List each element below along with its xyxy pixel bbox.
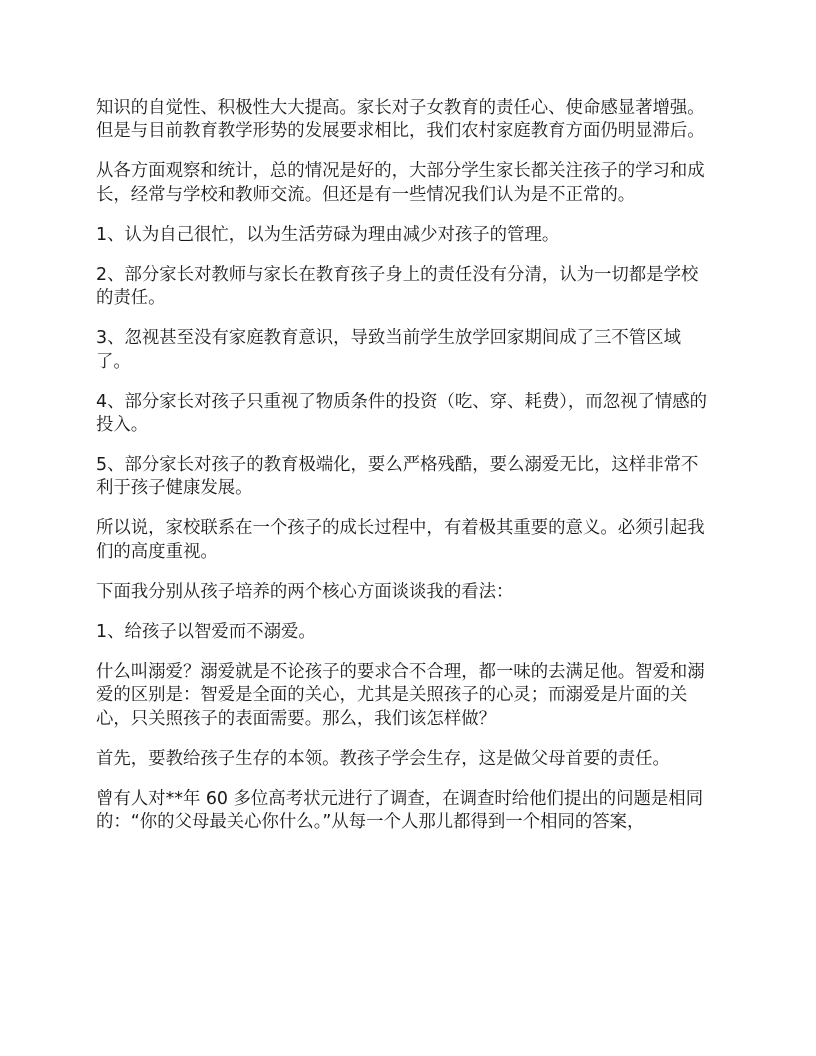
paragraph-survey: 曾有人对**年 60 多位高考状元进行了调查，在调查时给他们提出的问题是相同的：… <box>96 788 708 835</box>
paragraph-first-point: 首先，要教给孩子生存的本领。教孩子学会生存，这是做父母首要的责任。 <box>96 748 708 771</box>
list-item-issue-3: 3、忽视甚至没有家庭教育意识，导致当前学生放学回家期间成了三不管区域了。 <box>96 327 708 374</box>
list-item-issue-4: 4、部分家长对孩子只重视了物质条件的投资（吃、穿、耗费），而忽视了情感的投入。 <box>96 391 708 438</box>
paragraph-conclusion: 所以说，家校联系在一个孩子的成长过程中，有着极其重要的意义。必须引起我们的高度重… <box>96 517 708 564</box>
list-item-issue-5: 5、部分家长对孩子的教育极端化，要么严格残酷，要么溺爱无比，这样非常不利于孩子健… <box>96 454 708 501</box>
document-page: 知识的自觉性、积极性大大提高。家长对子女教育的责任心、使命感显著增强。但是与目前… <box>96 97 708 851</box>
paragraph-intro-continuation: 知识的自觉性、积极性大大提高。家长对子女教育的责任心、使命感显著增强。但是与目前… <box>96 97 708 144</box>
list-item-issue-1: 1、认为自己很忙，以为生活劳碌为理由减少对孩子的管理。 <box>96 224 708 247</box>
paragraph-observation: 从各方面观察和统计，总的情况是好的，大部分学生家长都关注孩子的学习和成长，经常与… <box>96 160 708 207</box>
paragraph-transition: 下面我分别从孩子培养的两个核心方面谈谈我的看法： <box>96 581 708 604</box>
paragraph-definition: 什么叫溺爱？溺爱就是不论孩子的要求合不合理，都一味的去满足他。智爱和溺爱的区别是… <box>96 661 708 731</box>
list-item-issue-2: 2、部分家长对教师与家长在教育孩子身上的责任没有分清，认为一切都是学校的责任。 <box>96 264 708 311</box>
section-heading-wise-love: 1、给孩子以智爱而不溺爱。 <box>96 621 708 644</box>
